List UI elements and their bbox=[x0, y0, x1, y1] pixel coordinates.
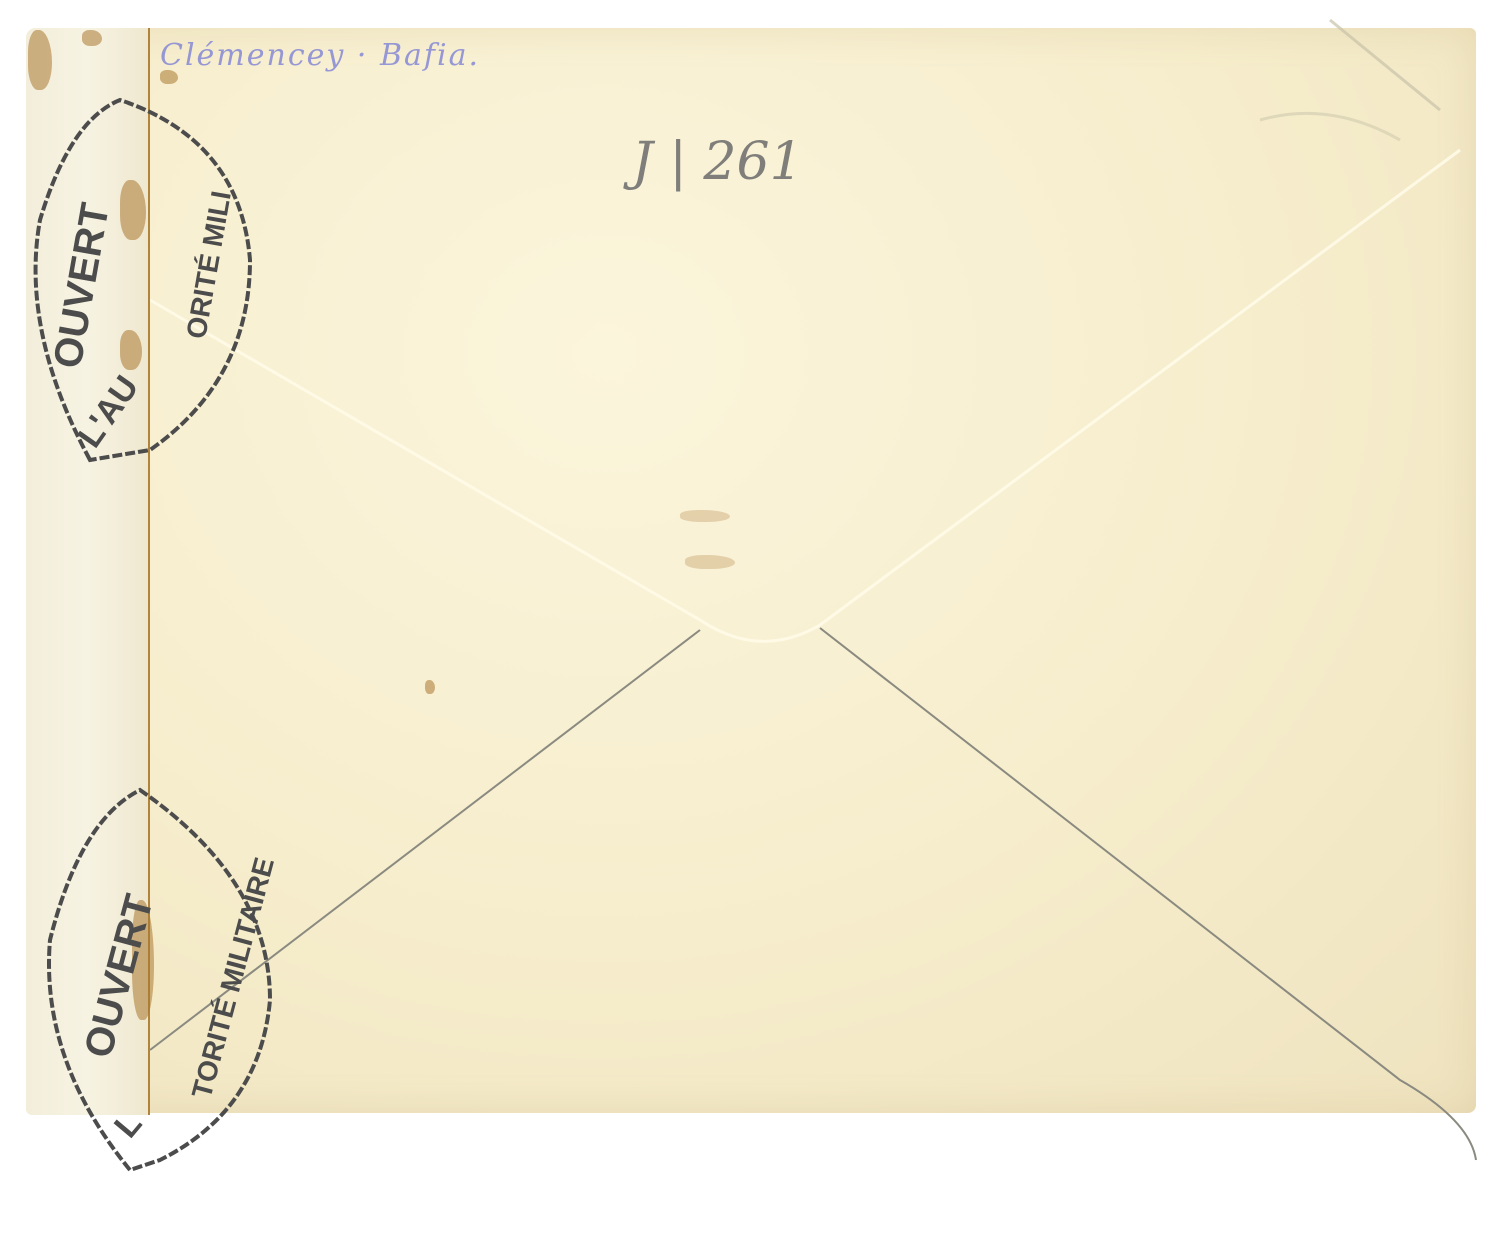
stamp-text-right: TORITÉ MILITAIRE bbox=[186, 854, 280, 1101]
censor-stamp-lower: OUVERT L TORITÉ MILITAIRE bbox=[0, 760, 300, 1200]
stain bbox=[680, 510, 730, 522]
stain bbox=[425, 680, 435, 694]
pencil-reference-number: J | 261 bbox=[632, 132, 803, 192]
censor-stamp-upper: OUVERT L'AU ORITÉ MILI bbox=[0, 80, 300, 520]
stamp-text-lower: L bbox=[107, 1105, 149, 1145]
stain bbox=[82, 30, 102, 46]
stamp-text-ouvert: OUVERT bbox=[76, 890, 162, 1062]
stain bbox=[685, 555, 735, 569]
stamp-text-ouvert: OUVERT bbox=[46, 200, 118, 372]
handwritten-sender-note: Clémencey · Bafia. bbox=[160, 38, 480, 73]
stamp-text-right: ORITÉ MILI bbox=[180, 189, 236, 341]
stamp-text-lower: L'AU bbox=[70, 369, 146, 455]
